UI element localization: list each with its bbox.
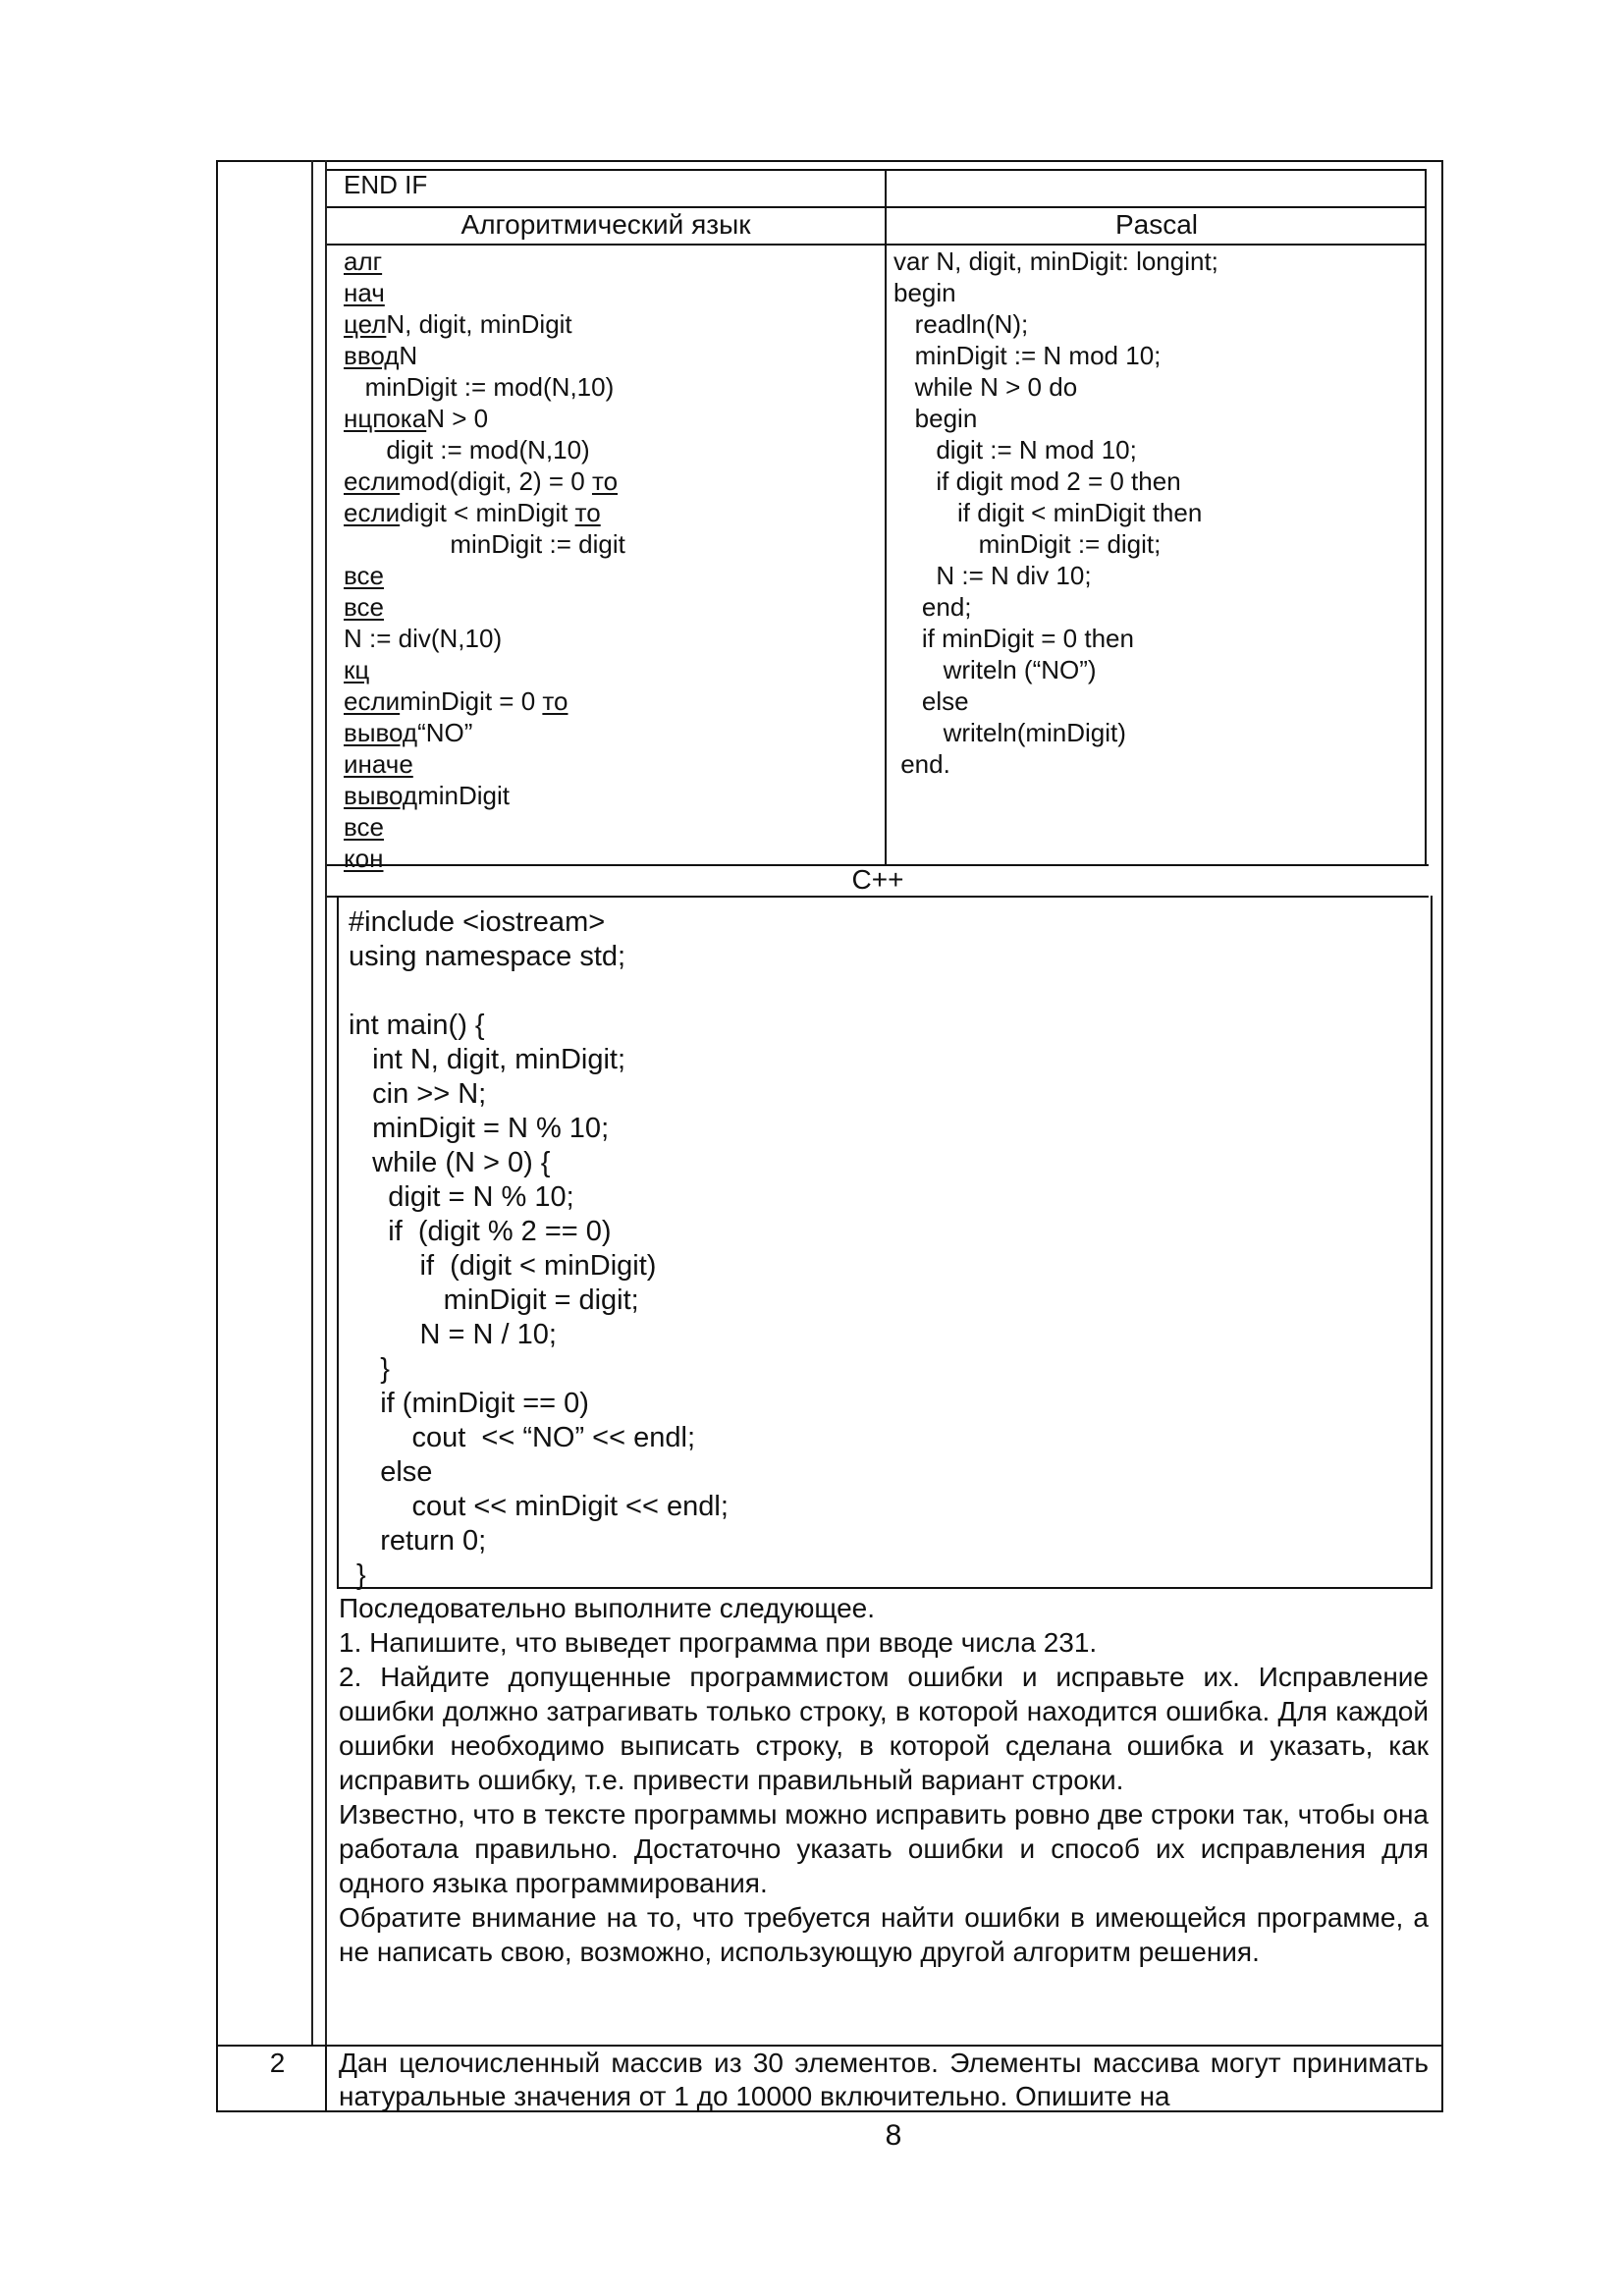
row2-column-divider	[325, 2045, 327, 2111]
pascal-code: var N, digit, minDigit: longint;begin re…	[893, 246, 1218, 780]
code-line: else	[349, 1455, 729, 1490]
code-line: if digit mod 2 = 0 then	[893, 465, 1218, 497]
code-line: begin	[893, 403, 1218, 434]
task-item-1: 1. Напишите, что выведет программа при в…	[339, 1625, 1429, 1660]
code-line: writeln (“NO”)	[893, 654, 1218, 685]
code-line: end;	[893, 591, 1218, 623]
code-line	[349, 974, 729, 1009]
code-line: minDigit = N % 10;	[349, 1112, 729, 1146]
code-line: minDigit := mod(N,10)	[344, 371, 625, 403]
code-line: нач	[344, 277, 625, 308]
code-line: var N, digit, minDigit: longint;	[893, 246, 1218, 277]
code-line: if minDigit = 0 then	[893, 623, 1218, 654]
language-column-divider	[885, 169, 887, 866]
code-line: N := div(N,10)	[344, 623, 625, 654]
code-line: else	[893, 685, 1218, 717]
cpp-header: C++	[327, 862, 1429, 898]
code-line: minDigit := digit;	[893, 528, 1218, 560]
page-number: 8	[844, 2116, 943, 2156]
code-line: все	[344, 591, 625, 623]
code-line: }	[349, 1352, 729, 1387]
code-line: еслиmod(digit, 2) = 0 то	[344, 465, 625, 497]
task-item-2: 2. Найдите допущенные программистом ошиб…	[339, 1660, 1429, 1797]
code-line: begin	[893, 277, 1218, 308]
code-line: minDigit = digit;	[349, 1284, 729, 1318]
code-line: while N > 0 do	[893, 371, 1218, 403]
code-line: return 0;	[349, 1524, 729, 1558]
code-line: иначе	[344, 748, 625, 780]
code-line: minDigit := digit	[344, 528, 625, 560]
code-line: if (digit < minDigit)	[349, 1249, 729, 1284]
code-line: if (minDigit == 0)	[349, 1387, 729, 1421]
code-line: целN, digit, minDigit	[344, 308, 625, 340]
pascal-header: Pascal	[887, 206, 1427, 244]
code-line: digit := mod(N,10)	[344, 434, 625, 465]
code-line: int main() {	[349, 1009, 729, 1043]
code-line: нцпокаN > 0	[344, 403, 625, 434]
task-2-text: Дан целочисленный массив из 30 элементов…	[339, 2047, 1429, 2113]
code-line: readln(N);	[893, 308, 1218, 340]
task-number: 2	[230, 2047, 325, 2080]
code-line: кц	[344, 654, 625, 685]
code-line: cin >> N;	[349, 1077, 729, 1112]
code-line: digit = N % 10;	[349, 1180, 729, 1215]
task-instructions: Последовательно выполните следующее. 1. …	[339, 1591, 1429, 1969]
code-line: end.	[893, 748, 1218, 780]
code-line: #include <iostream>	[349, 905, 729, 940]
code-line: вводN	[344, 340, 625, 371]
code-line: if digit < minDigit then	[893, 497, 1218, 528]
algorithmic-code: алгначцелN, digit, minDigitвводN minDigi…	[344, 246, 625, 874]
code-line: digit := N mod 10;	[893, 434, 1218, 465]
code-line: writeln(minDigit)	[893, 717, 1218, 748]
code-line: if (digit % 2 == 0)	[349, 1215, 729, 1249]
code-line: cout << “NO” << endl;	[349, 1421, 729, 1455]
code-line: еслиminDigit = 0 то	[344, 685, 625, 717]
code-line: вывод“NO”	[344, 717, 625, 748]
code-line: minDigit := N mod 10;	[893, 340, 1218, 371]
code-line: алг	[344, 246, 625, 277]
algorithmic-language-header: Алгоритмический язык	[327, 206, 885, 244]
code-line: cout << minDigit << endl;	[349, 1490, 729, 1524]
number-column-divider	[311, 160, 313, 2046]
code-line: using namespace std;	[349, 940, 729, 974]
code-line: N := N div 10;	[893, 560, 1218, 591]
code-line: все	[344, 811, 625, 843]
code-line: N = N / 10;	[349, 1318, 729, 1352]
task-note-1: Известно, что в тексте программы можно и…	[339, 1797, 1429, 1900]
task-intro: Последовательно выполните следующее.	[339, 1591, 1429, 1625]
code-line: while (N > 0) {	[349, 1146, 729, 1180]
code-line: еслиdigit < minDigit то	[344, 497, 625, 528]
cpp-code: #include <iostream>using namespace std; …	[349, 905, 729, 1593]
task-note-2: Обратите внимание на то, что требуется н…	[339, 1900, 1429, 1969]
code-line: }	[349, 1558, 729, 1593]
code-line: int N, digit, minDigit;	[349, 1043, 729, 1077]
endif-line: END IF	[344, 169, 427, 200]
code-line: выводminDigit	[344, 780, 625, 811]
code-line: все	[344, 560, 625, 591]
